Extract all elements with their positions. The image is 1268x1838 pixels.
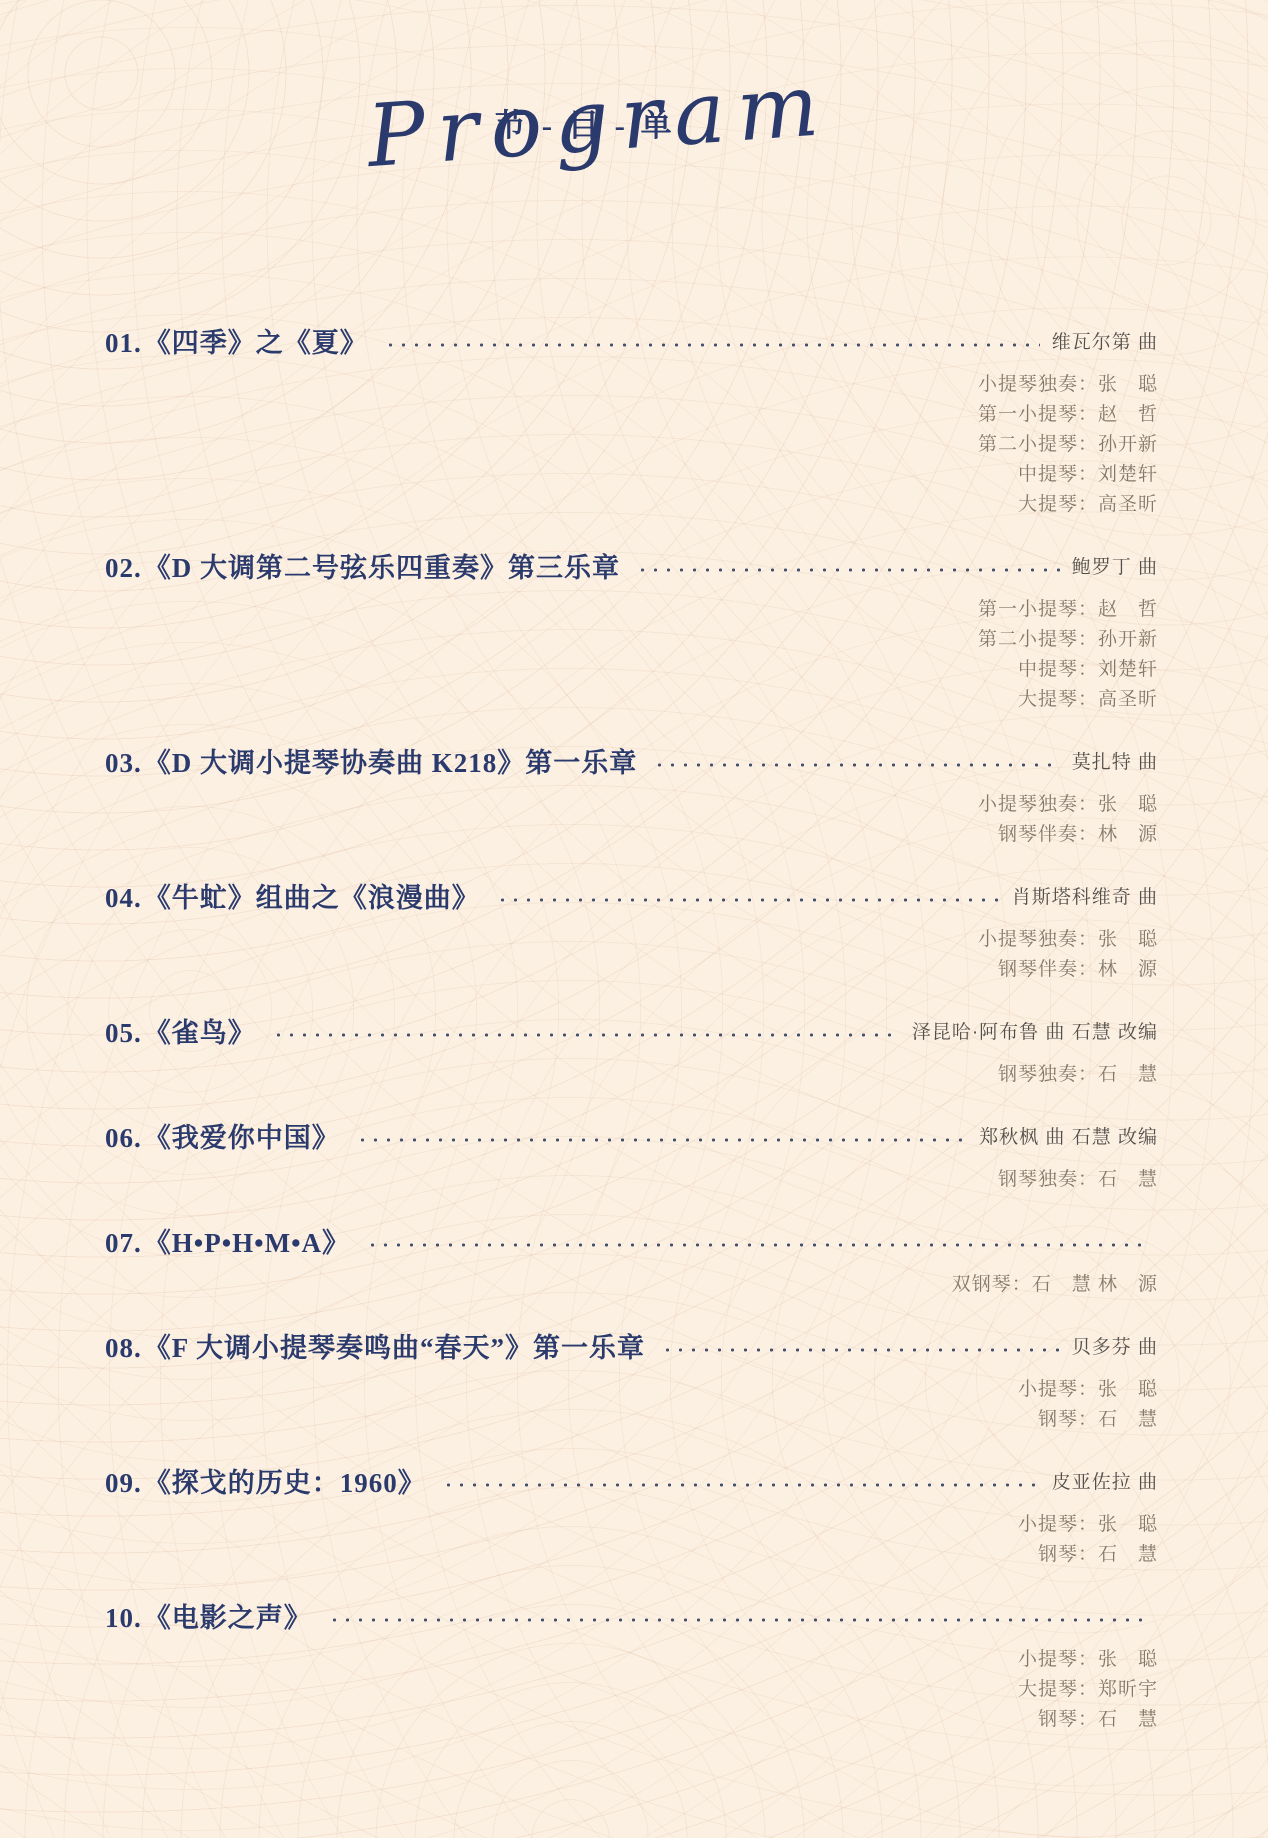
performer-colon: ： <box>1078 1064 1098 1085</box>
performer-role: 小提琴独奏 <box>978 794 1078 815</box>
dotted-leader <box>328 1618 1146 1622</box>
performer-name: 林 源 <box>1098 824 1158 845</box>
dotted-leader <box>356 1138 967 1142</box>
program-item: 03. 《D 大调小提琴协奏曲 K218》第一乐章 莫扎特 曲 小提琴独奏：张 … <box>105 745 1158 850</box>
performer-line: 大提琴：高圣昕 <box>105 685 1158 715</box>
item-number: 08. <box>105 1330 142 1366</box>
item-title: 《电影之声》 <box>144 1600 312 1636</box>
performer-name: 赵 哲 <box>1098 404 1158 425</box>
performer-name: 石 慧 林 源 <box>1032 1274 1158 1295</box>
performer-colon: ： <box>1078 1169 1098 1190</box>
performer-line: 大提琴：郑昕宇 <box>105 1675 1158 1705</box>
performer-role: 钢琴独奏 <box>998 1064 1078 1085</box>
performer-role: 钢琴独奏 <box>998 1169 1078 1190</box>
performer-line: 小提琴独奏：张 聪 <box>105 925 1158 955</box>
item-number: 07. <box>105 1225 142 1261</box>
item-number: 01. <box>105 325 142 361</box>
performer-role: 钢琴伴奏 <box>998 824 1078 845</box>
item-title-row: 06. 《我爱你中国》 郑秋枫 曲 石慧 改编 <box>105 1120 1158 1156</box>
dotted-leader <box>366 1243 1146 1247</box>
performer-name: 林 源 <box>1098 959 1158 980</box>
performer-colon: ： <box>1078 659 1098 680</box>
performer-list: 小提琴独奏：张 聪第一小提琴：赵 哲第二小提琴：孙开新中提琴：刘楚轩大提琴：高圣… <box>105 370 1158 520</box>
performer-role: 小提琴 <box>1018 1649 1078 1670</box>
performer-line: 钢琴：石 慧 <box>105 1405 1158 1435</box>
program-item: 04. 《牛虻》组曲之《浪漫曲》 肖斯塔科维奇 曲 小提琴独奏：张 聪钢琴伴奏：… <box>105 880 1158 985</box>
performer-list: 小提琴：张 聪钢琴：石 慧 <box>105 1510 1158 1570</box>
item-number: 04. <box>105 880 142 916</box>
performer-colon: ： <box>1012 1274 1032 1295</box>
item-title: 《D 大调第二号弦乐四重奏》第三乐章 <box>144 550 620 586</box>
performer-line: 第一小提琴：赵 哲 <box>105 400 1158 430</box>
performer-role: 中提琴 <box>1018 659 1078 680</box>
item-composer: 维瓦尔第 曲 <box>1052 325 1158 361</box>
performer-name: 石 慧 <box>1098 1169 1158 1190</box>
performer-line: 中提琴：刘楚轩 <box>105 655 1158 685</box>
performer-colon: ： <box>1078 929 1098 950</box>
performer-colon: ： <box>1078 494 1098 515</box>
dotted-leader <box>384 343 1040 347</box>
item-title-row: 10. 《电影之声》 <box>105 1600 1158 1636</box>
performer-line: 小提琴独奏：张 聪 <box>105 790 1158 820</box>
performer-colon: ： <box>1078 404 1098 425</box>
program-item: 02. 《D 大调第二号弦乐四重奏》第三乐章 鲍罗丁 曲 第一小提琴：赵 哲第二… <box>105 550 1158 715</box>
performer-name: 石 慧 <box>1098 1064 1158 1085</box>
page-header: Program 节 - 目 - 单 <box>105 0 1158 325</box>
performer-role: 中提琴 <box>1018 464 1078 485</box>
program-item: 07. 《H•P•H•M•A》 双钢琴：石 慧 林 源 <box>105 1225 1158 1300</box>
performer-role: 第二小提琴 <box>978 434 1078 455</box>
performer-role: 钢琴 <box>1038 1409 1078 1430</box>
performer-name: 高圣昕 <box>1098 494 1158 515</box>
item-composer: 泽昆哈·阿布鲁 曲 石慧 改编 <box>912 1015 1158 1051</box>
item-composer: 莫扎特 曲 <box>1072 745 1158 781</box>
performer-colon: ： <box>1078 629 1098 650</box>
performer-colon: ： <box>1078 1649 1098 1670</box>
performer-role: 第二小提琴 <box>978 629 1078 650</box>
performer-colon: ： <box>1078 824 1098 845</box>
performer-colon: ： <box>1078 1679 1098 1700</box>
performer-name: 刘楚轩 <box>1098 659 1158 680</box>
program-item: 06. 《我爱你中国》 郑秋枫 曲 石慧 改编 钢琴独奏：石 慧 <box>105 1120 1158 1195</box>
performer-list: 小提琴独奏：张 聪钢琴伴奏：林 源 <box>105 790 1158 850</box>
performer-line: 钢琴独奏：石 慧 <box>105 1060 1158 1090</box>
item-composer: 郑秋枫 曲 石慧 改编 <box>979 1120 1158 1156</box>
performer-colon: ： <box>1078 434 1098 455</box>
item-title-row: 07. 《H•P•H•M•A》 <box>105 1225 1158 1261</box>
performer-role: 钢琴 <box>1038 1544 1078 1565</box>
dotted-leader <box>636 568 1060 572</box>
performer-line: 钢琴伴奏：林 源 <box>105 820 1158 850</box>
item-title-row: 08. 《F 大调小提琴奏鸣曲“春天”》第一乐章 贝多芬 曲 <box>105 1330 1158 1366</box>
performer-line: 小提琴：张 聪 <box>105 1645 1158 1675</box>
program-cn-title: 节 - 目 - 单 <box>495 100 676 145</box>
item-title-row: 04. 《牛虻》组曲之《浪漫曲》 肖斯塔科维奇 曲 <box>105 880 1158 916</box>
performer-role: 第一小提琴 <box>978 599 1078 620</box>
performer-name: 张 聪 <box>1098 794 1158 815</box>
performer-line: 第二小提琴：孙开新 <box>105 430 1158 460</box>
performer-role: 钢琴伴奏 <box>998 959 1078 980</box>
performer-role: 小提琴独奏 <box>978 374 1078 395</box>
performer-name: 张 聪 <box>1098 929 1158 950</box>
performer-name: 石 慧 <box>1098 1409 1158 1430</box>
performer-line: 小提琴独奏：张 聪 <box>105 370 1158 400</box>
item-title-row: 05. 《雀鸟》 泽昆哈·阿布鲁 曲 石慧 改编 <box>105 1015 1158 1051</box>
item-composer: 贝多芬 曲 <box>1072 1330 1158 1366</box>
performer-colon: ： <box>1078 374 1098 395</box>
performer-name: 张 聪 <box>1098 1379 1158 1400</box>
item-title: 《F 大调小提琴奏鸣曲“春天”》第一乐章 <box>144 1330 645 1366</box>
performer-name: 孙开新 <box>1098 629 1158 650</box>
performer-colon: ： <box>1078 794 1098 815</box>
performer-name: 刘楚轩 <box>1098 464 1158 485</box>
performer-colon: ： <box>1078 1409 1098 1430</box>
item-title-row: 02. 《D 大调第二号弦乐四重奏》第三乐章 鲍罗丁 曲 <box>105 550 1158 586</box>
performer-line: 钢琴：石 慧 <box>105 1705 1158 1735</box>
program-item: 05. 《雀鸟》 泽昆哈·阿布鲁 曲 石慧 改编 钢琴独奏：石 慧 <box>105 1015 1158 1090</box>
performer-role: 钢琴 <box>1038 1709 1078 1730</box>
item-title: 《雀鸟》 <box>144 1015 256 1051</box>
performer-role: 大提琴 <box>1018 1679 1078 1700</box>
performer-line: 双钢琴：石 慧 林 源 <box>105 1270 1158 1300</box>
performer-list: 钢琴独奏：石 慧 <box>105 1165 1158 1195</box>
performer-colon: ： <box>1078 1514 1098 1535</box>
performer-list: 双钢琴：石 慧 林 源 <box>105 1270 1158 1300</box>
item-title-row: 03. 《D 大调小提琴协奏曲 K218》第一乐章 莫扎特 曲 <box>105 745 1158 781</box>
performer-role: 小提琴独奏 <box>978 929 1078 950</box>
performer-name: 孙开新 <box>1098 434 1158 455</box>
item-title: 《我爱你中国》 <box>144 1120 340 1156</box>
performer-list: 小提琴：张 聪大提琴：郑昕宇钢琴：石 慧 <box>105 1645 1158 1735</box>
program-item: 08. 《F 大调小提琴奏鸣曲“春天”》第一乐章 贝多芬 曲 小提琴：张 聪钢琴… <box>105 1330 1158 1435</box>
item-title-row: 09. 《探戈的历史：1960》 皮亚佐拉 曲 <box>105 1465 1158 1501</box>
item-title-row: 01. 《四季》之《夏》 维瓦尔第 曲 <box>105 325 1158 361</box>
item-composer: 皮亚佐拉 曲 <box>1052 1465 1158 1501</box>
item-number: 09. <box>105 1465 142 1501</box>
program-item: 01. 《四季》之《夏》 维瓦尔第 曲 小提琴独奏：张 聪第一小提琴：赵 哲第二… <box>105 325 1158 520</box>
performer-colon: ： <box>1078 464 1098 485</box>
item-title: 《牛虻》组曲之《浪漫曲》 <box>144 880 480 916</box>
performer-role: 小提琴 <box>1018 1514 1078 1535</box>
item-number: 05. <box>105 1015 142 1051</box>
performer-line: 钢琴独奏：石 慧 <box>105 1165 1158 1195</box>
dotted-leader <box>653 763 1059 767</box>
performer-name: 张 聪 <box>1098 1649 1158 1670</box>
performer-colon: ： <box>1078 1709 1098 1730</box>
dotted-leader <box>442 1483 1040 1487</box>
performer-role: 大提琴 <box>1018 494 1078 515</box>
page-content: Program 节 - 目 - 单 01. 《四季》之《夏》 维瓦尔第 曲 小提… <box>0 0 1268 1735</box>
performer-list: 小提琴：张 聪钢琴：石 慧 <box>105 1375 1158 1435</box>
performer-name: 张 聪 <box>1098 374 1158 395</box>
performer-list: 第一小提琴：赵 哲第二小提琴：孙开新中提琴：刘楚轩大提琴：高圣昕 <box>105 595 1158 715</box>
performer-name: 高圣昕 <box>1098 689 1158 710</box>
performer-line: 钢琴伴奏：林 源 <box>105 955 1158 985</box>
program-page: Program 节 - 目 - 单 01. 《四季》之《夏》 维瓦尔第 曲 小提… <box>0 0 1268 1838</box>
item-number: 03. <box>105 745 142 781</box>
performer-name: 石 慧 <box>1098 1709 1158 1730</box>
performer-line: 第一小提琴：赵 哲 <box>105 595 1158 625</box>
performer-role: 第一小提琴 <box>978 404 1078 425</box>
dotted-leader <box>272 1033 900 1037</box>
performer-name: 郑昕宇 <box>1098 1679 1158 1700</box>
performer-role: 大提琴 <box>1018 689 1078 710</box>
performer-role: 小提琴 <box>1018 1379 1078 1400</box>
program-list: 01. 《四季》之《夏》 维瓦尔第 曲 小提琴独奏：张 聪第一小提琴：赵 哲第二… <box>105 325 1158 1735</box>
performer-name: 张 聪 <box>1098 1514 1158 1535</box>
performer-list: 钢琴独奏：石 慧 <box>105 1060 1158 1090</box>
performer-line: 中提琴：刘楚轩 <box>105 460 1158 490</box>
item-number: 06. <box>105 1120 142 1156</box>
performer-list: 小提琴独奏：张 聪钢琴伴奏：林 源 <box>105 925 1158 985</box>
program-item: 10. 《电影之声》 小提琴：张 聪大提琴：郑昕宇钢琴：石 慧 <box>105 1600 1158 1735</box>
performer-colon: ： <box>1078 689 1098 710</box>
program-item: 09. 《探戈的历史：1960》 皮亚佐拉 曲 小提琴：张 聪钢琴：石 慧 <box>105 1465 1158 1570</box>
performer-colon: ： <box>1078 599 1098 620</box>
item-title: 《H•P•H•M•A》 <box>144 1225 350 1261</box>
performer-name: 石 慧 <box>1098 1544 1158 1565</box>
performer-colon: ： <box>1078 1379 1098 1400</box>
dotted-leader <box>496 898 1000 902</box>
performer-line: 小提琴：张 聪 <box>105 1375 1158 1405</box>
item-title: 《四季》之《夏》 <box>144 325 368 361</box>
item-composer: 肖斯塔科维奇 曲 <box>1012 880 1158 916</box>
performer-colon: ： <box>1078 959 1098 980</box>
performer-role: 双钢琴 <box>952 1274 1012 1295</box>
performer-line: 钢琴：石 慧 <box>105 1540 1158 1570</box>
item-composer: 鲍罗丁 曲 <box>1072 550 1158 586</box>
performer-name: 赵 哲 <box>1098 599 1158 620</box>
item-title: 《探戈的历史：1960》 <box>144 1465 426 1501</box>
dotted-leader <box>661 1348 1060 1352</box>
item-number: 10. <box>105 1600 142 1636</box>
item-title: 《D 大调小提琴协奏曲 K218》第一乐章 <box>144 745 638 781</box>
performer-line: 第二小提琴：孙开新 <box>105 625 1158 655</box>
item-number: 02. <box>105 550 142 586</box>
performer-line: 大提琴：高圣昕 <box>105 490 1158 520</box>
performer-colon: ： <box>1078 1544 1098 1565</box>
performer-line: 小提琴：张 聪 <box>105 1510 1158 1540</box>
